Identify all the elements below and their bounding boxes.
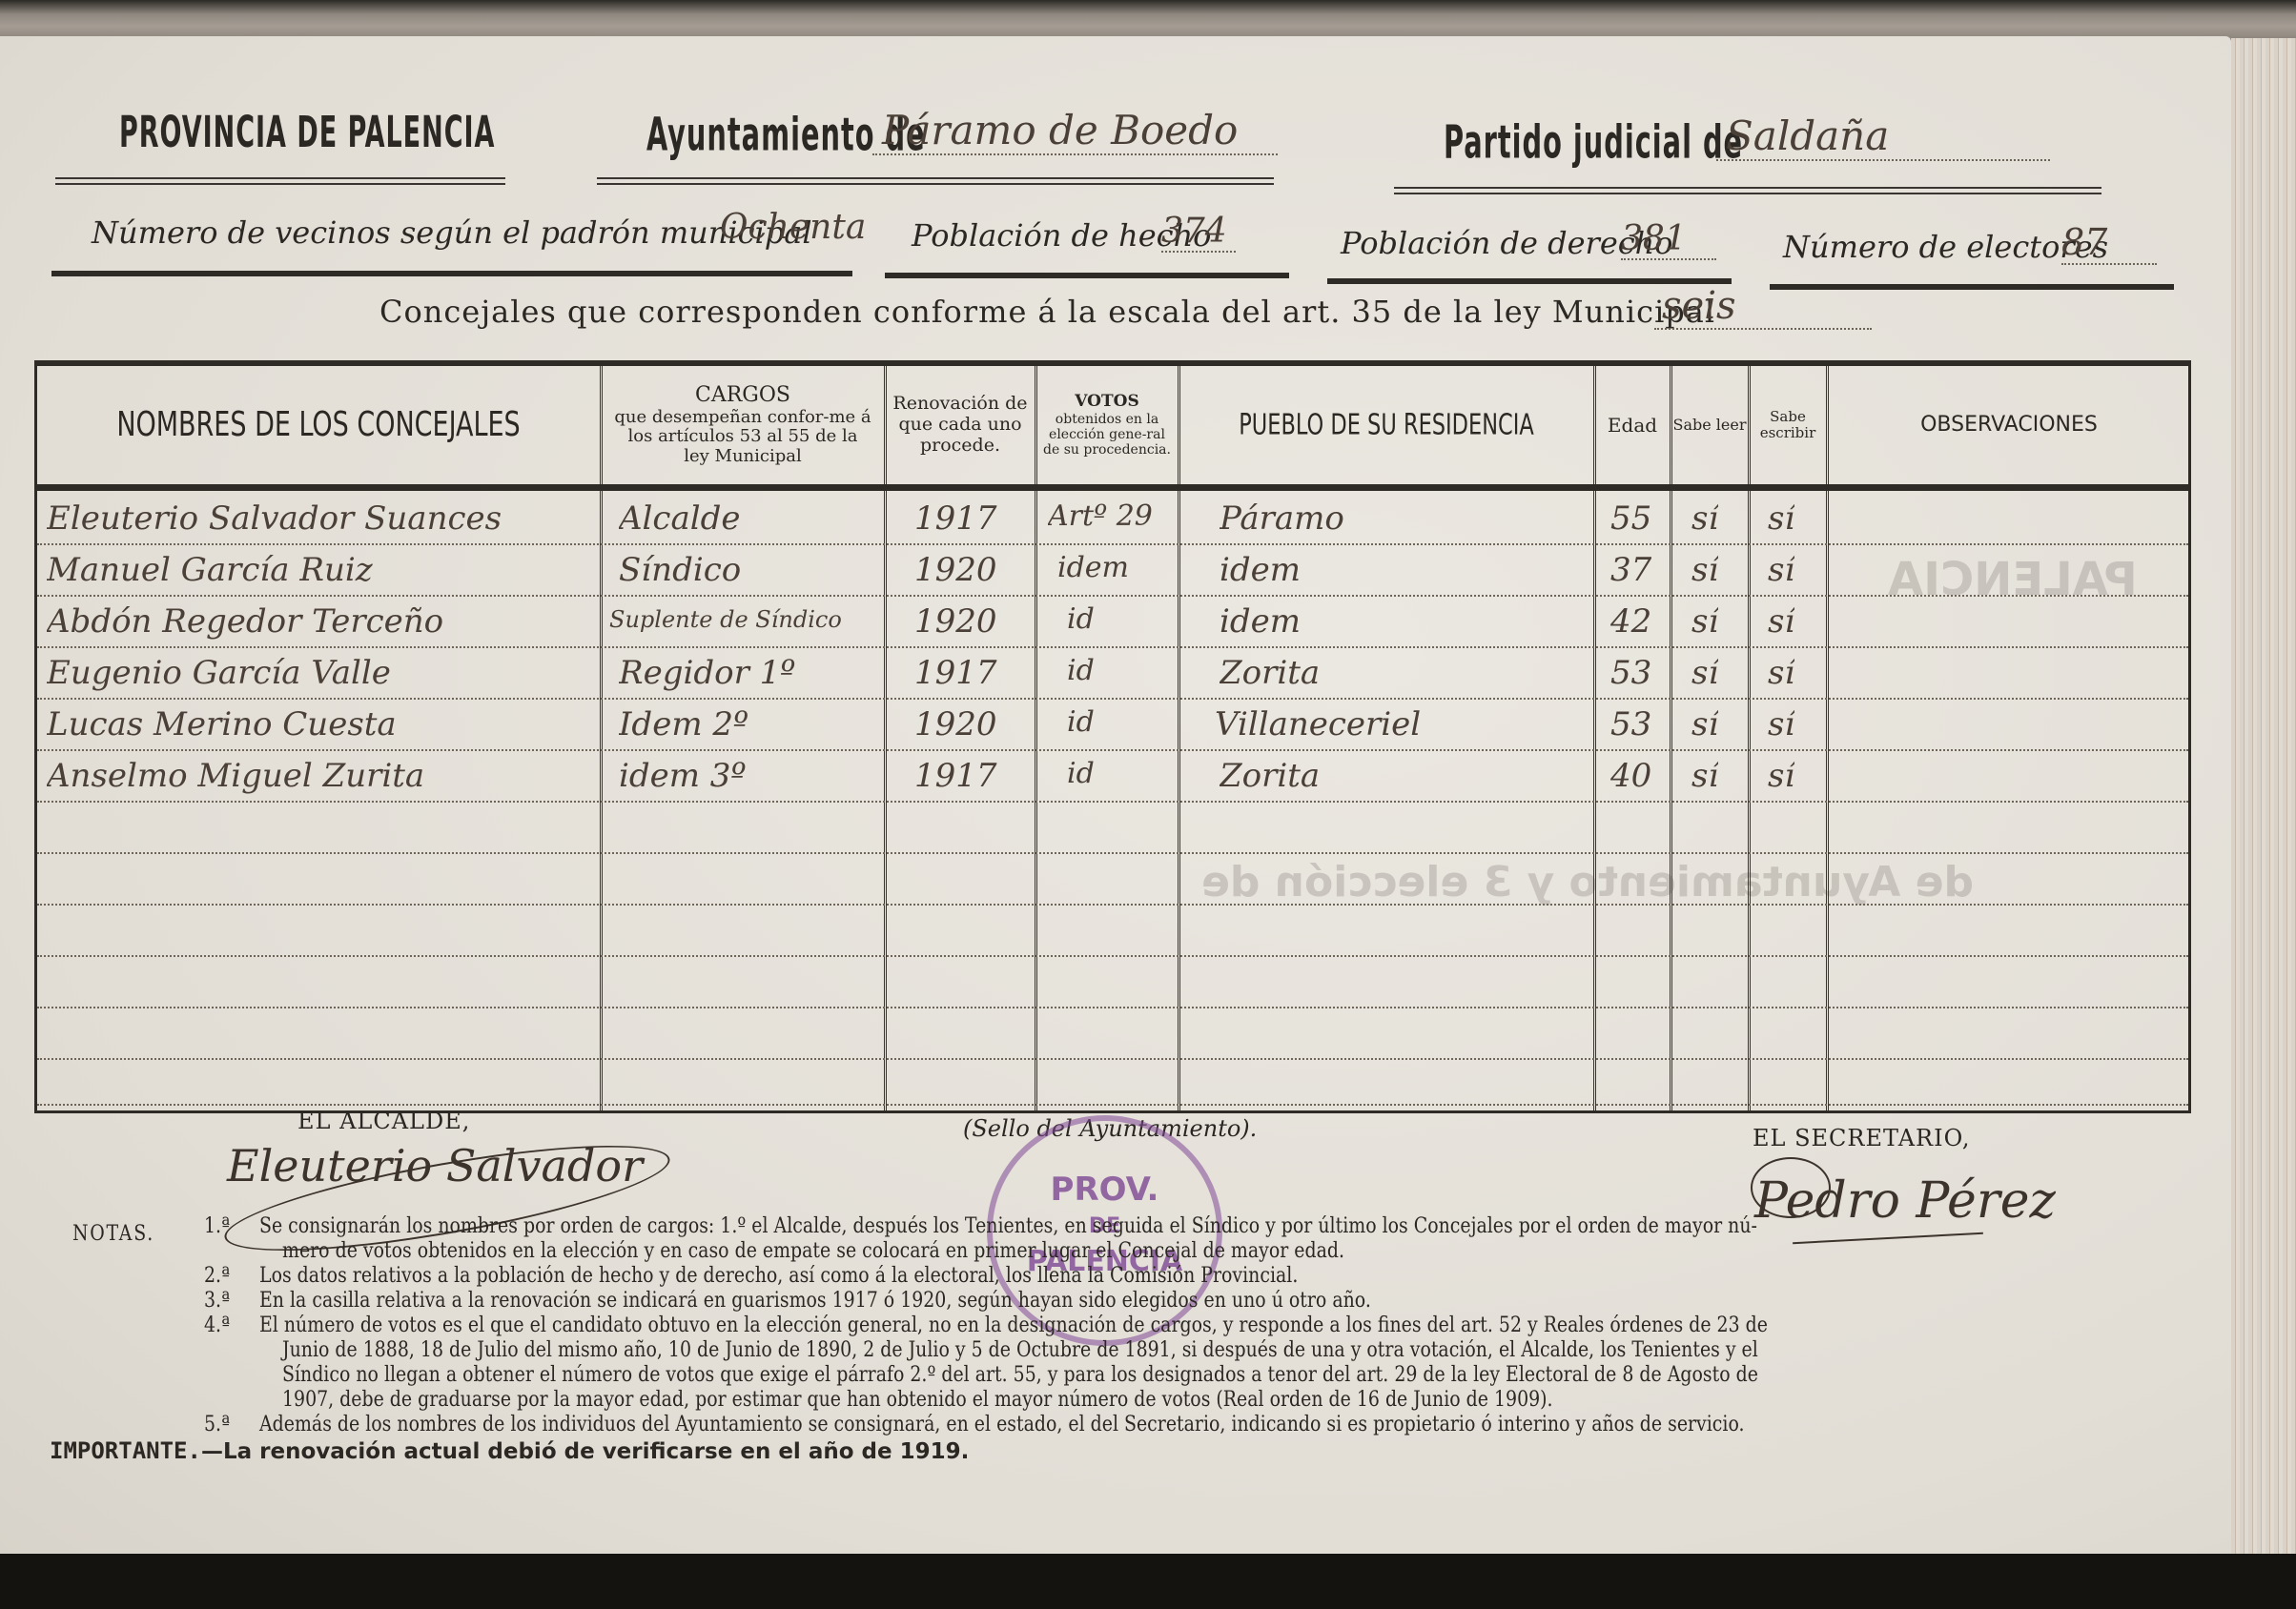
row-rule: [37, 801, 2188, 803]
row-rule: [37, 749, 2188, 751]
vecinos-label: Número de vecinos según el padrón munici…: [92, 214, 812, 251]
note-1-line: mero de votos obtenidos en la elección y…: [282, 1239, 1344, 1263]
row-rule: [37, 646, 2188, 648]
important-label: IMPORTANTE.: [50, 1437, 201, 1464]
row-rule: [37, 1104, 2188, 1106]
note-5-line: Además de los nombres de los individuos …: [259, 1413, 1745, 1436]
header-sabe-leer: Sabe leer: [1671, 366, 1748, 484]
header-votos-title: VOTOS: [1075, 393, 1138, 412]
cell-sabe-escribir: sí: [1768, 602, 1794, 641]
note-3-line: En la casilla relativa a la renovación s…: [259, 1289, 1371, 1313]
notes-label: NOTAS.: [72, 1222, 154, 1246]
header-votos: VOTOS obtenidos en la elección gene-ral …: [1036, 366, 1178, 484]
cell-renovacion: 1920: [914, 705, 997, 743]
note-4-line: El número de votos es el que el candidat…: [259, 1314, 1768, 1337]
cell-sabe-escribir: sí: [1768, 551, 1794, 589]
cell-sabe-escribir: sí: [1768, 499, 1794, 538]
header-votos-subtitle: obtenidos en la elección gene-ral de su …: [1040, 412, 1174, 458]
cell-edad: 37: [1610, 551, 1651, 589]
partido-label: Partido judicial de: [1444, 115, 1743, 170]
cell-votos: id: [1067, 757, 1172, 790]
important-notice: IMPORTANTE.—La renovación actual debió d…: [50, 1437, 969, 1464]
row-rule: [37, 955, 2188, 957]
divider: [597, 177, 1274, 185]
cell-edad: 42: [1610, 602, 1651, 641]
concejales-value: seis: [1654, 284, 1872, 330]
header-cargos-subtitle: que desempeñan confor-me á los artículos…: [614, 408, 871, 467]
partido-value: Saldaña: [1716, 112, 2050, 161]
note-1-line: Se consignarán los nombres por orden de …: [259, 1214, 1757, 1238]
cell-nombre: Eleuterio Salvador Suances: [47, 499, 595, 538]
cell-pueblo: Zorita: [1220, 654, 1320, 692]
cell-pueblo: idem: [1220, 602, 1301, 641]
row-rule: [37, 852, 2188, 854]
cell-sabe-leer: sí: [1691, 551, 1718, 589]
cell-cargo: Alcalde: [619, 499, 876, 538]
cell-edad: 40: [1610, 757, 1651, 795]
cell-nombre: Manuel García Ruiz: [47, 551, 595, 589]
cell-renovacion: 1917: [914, 499, 997, 538]
cell-nombre: Lucas Merino Cuesta: [47, 705, 595, 743]
cell-sabe-escribir: sí: [1768, 654, 1794, 692]
cell-sabe-escribir: sí: [1768, 705, 1794, 743]
header-sabe-escribir: Sabe escribir: [1750, 366, 1826, 484]
header-renovacion: Renovación de que cada uno procede.: [886, 366, 1035, 484]
cell-votos: id: [1067, 654, 1172, 687]
header-cargos-title: CARGOS: [695, 383, 790, 407]
header-edad: Edad: [1595, 366, 1670, 484]
cell-votos: Artº 29: [1048, 499, 1172, 533]
note-2-line: Los datos relativos a la población de he…: [259, 1264, 1298, 1288]
concejales-label: Concejales que corresponden conforme á l…: [379, 294, 1715, 330]
cell-pueblo: Villaneceriel: [1215, 705, 1421, 743]
cell-votos: idem: [1057, 551, 1172, 584]
note-4-line: 1907, debe de graduarse por la mayor eda…: [282, 1388, 1553, 1412]
ayuntamiento-value: Páramo de Boedo: [872, 107, 1278, 155]
note-4-line: Junio de 1888, 18 de Julio del mismo año…: [282, 1338, 1758, 1362]
note-5-number: 5.ª: [204, 1413, 230, 1436]
cell-edad: 53: [1610, 705, 1651, 743]
header-cargos: CARGOS que desempeñan confor-me á los ar…: [602, 366, 884, 484]
cell-votos: id: [1067, 602, 1172, 636]
poblacion-hecho-value: 374: [1161, 212, 1236, 253]
header-observaciones: OBSERVACIONES: [1828, 366, 2190, 484]
cell-cargo: Regidor 1º: [619, 654, 876, 692]
cell-sabe-leer: sí: [1691, 499, 1718, 538]
cell-sabe-leer: sí: [1691, 602, 1718, 641]
background-shadow: [0, 1554, 2296, 1609]
cell-renovacion: 1917: [914, 757, 997, 795]
row-rule: [37, 543, 2188, 545]
note-4-line: Síndico no llegan a obtener el número de…: [282, 1363, 1758, 1387]
cell-cargo: Idem 2º: [619, 705, 876, 743]
row-rule: [37, 595, 2188, 597]
divider: [885, 273, 1289, 278]
cell-sabe-leer: sí: [1691, 757, 1718, 795]
header-nombres: NOMBRES DE LOS CONCEJALES: [37, 355, 600, 497]
cell-renovacion: 1920: [914, 602, 997, 641]
secretario-label: EL SECRETARIO,: [1753, 1125, 1970, 1151]
poblacion-derecho-value: 381: [1621, 219, 1716, 260]
stamp-line1: PROV.: [993, 1171, 1217, 1209]
cell-nombre: Abdón Regedor Terceño: [47, 602, 595, 641]
cell-cargo: idem 3º: [619, 757, 876, 795]
row-rule: [37, 1007, 2188, 1008]
row-rule: [37, 904, 2188, 906]
note-4-number: 4.ª: [204, 1314, 230, 1337]
row-rule: [37, 1058, 2188, 1060]
cell-edad: 53: [1610, 654, 1651, 692]
divider: [51, 271, 852, 276]
cell-pueblo: idem: [1220, 551, 1301, 589]
cell-sabe-leer: sí: [1691, 654, 1718, 692]
electores-label: Número de electores: [1783, 229, 2108, 265]
cell-pueblo: Páramo: [1220, 499, 1344, 538]
cell-pueblo: Zorita: [1220, 757, 1320, 795]
cell-edad: 55: [1610, 499, 1651, 538]
cell-cargo: Suplente de Síndico: [609, 606, 880, 633]
row-rule: [37, 698, 2188, 700]
cell-cargo: Síndico: [619, 551, 876, 589]
book-page-edges: [2231, 38, 2296, 1573]
header-pueblo: PUEBLO DE SU RESIDENCIA: [1179, 355, 1593, 497]
cell-nombre: Anselmo Miguel Zurita: [47, 757, 595, 795]
divider: [1394, 187, 2101, 194]
concejales-table: NOMBRES DE LOS CONCEJALES CARGOS que des…: [34, 360, 2191, 1113]
signature-flourish: [1751, 1157, 1831, 1218]
note-2-number: 2.ª: [204, 1264, 230, 1288]
important-text: —La renovación actual debió de verificar…: [201, 1439, 969, 1464]
cell-nombre: Eugenio García Valle: [47, 654, 595, 692]
cell-sabe-leer: sí: [1691, 705, 1718, 743]
cell-renovacion: 1920: [914, 551, 997, 589]
electores-value: 87: [2061, 221, 2157, 265]
vecinos-value: Ochenta: [720, 208, 866, 247]
cell-sabe-escribir: sí: [1768, 757, 1794, 795]
cell-renovacion: 1917: [914, 654, 997, 692]
divider: [55, 177, 505, 185]
note-3-number: 3.ª: [204, 1289, 230, 1313]
alcalde-label: EL ALCALDE,: [297, 1108, 470, 1134]
cell-votos: id: [1067, 705, 1172, 739]
province-heading: PROVINCIA DE PALENCIA: [119, 108, 495, 158]
note-1-number: 1.ª: [204, 1214, 230, 1238]
